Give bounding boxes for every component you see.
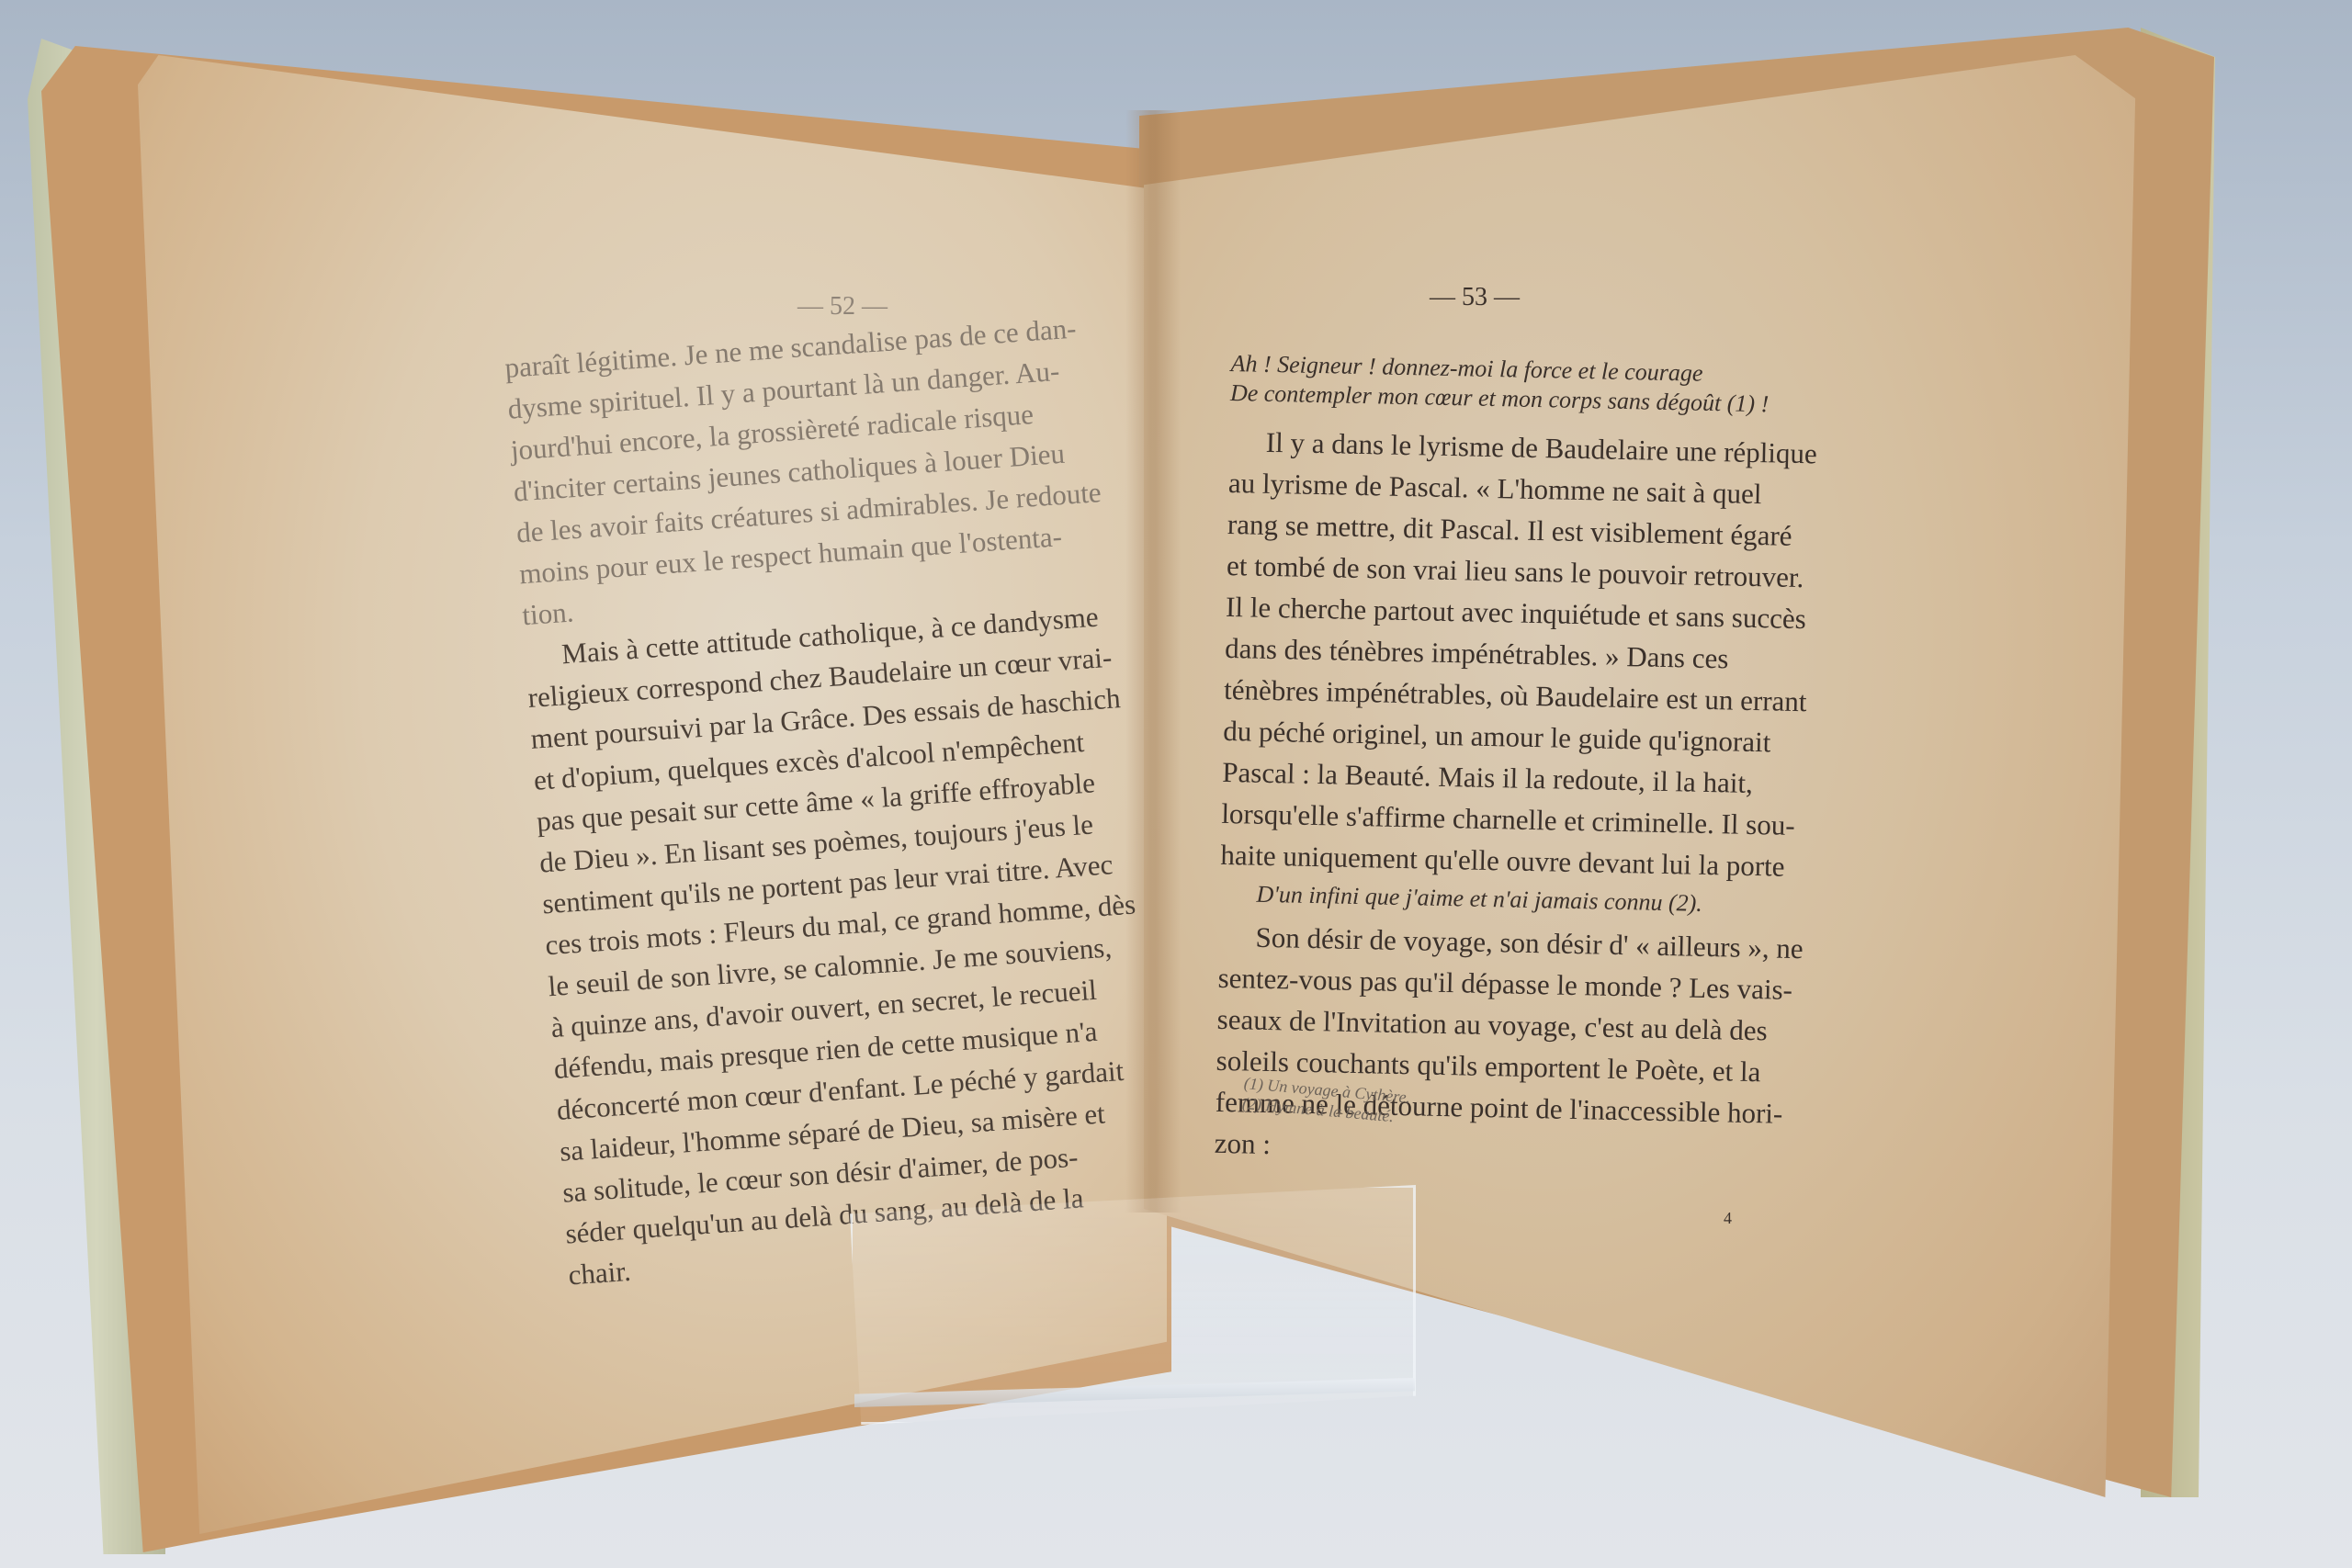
left-page-text: paraît légitime. Je ne me scandalise pas… [503,303,1203,1296]
book-photo: — 52 — — 53 — paraît légitime. Je ne me … [0,0,2352,1568]
page-number-right: — 53 — [1430,283,1520,312]
right-page-text: Ah ! Seigneur ! donnez-moi la force et l… [1214,349,1818,1176]
page-number-left: — 52 — [797,292,888,321]
signature-mark: 4 [1724,1209,1732,1228]
